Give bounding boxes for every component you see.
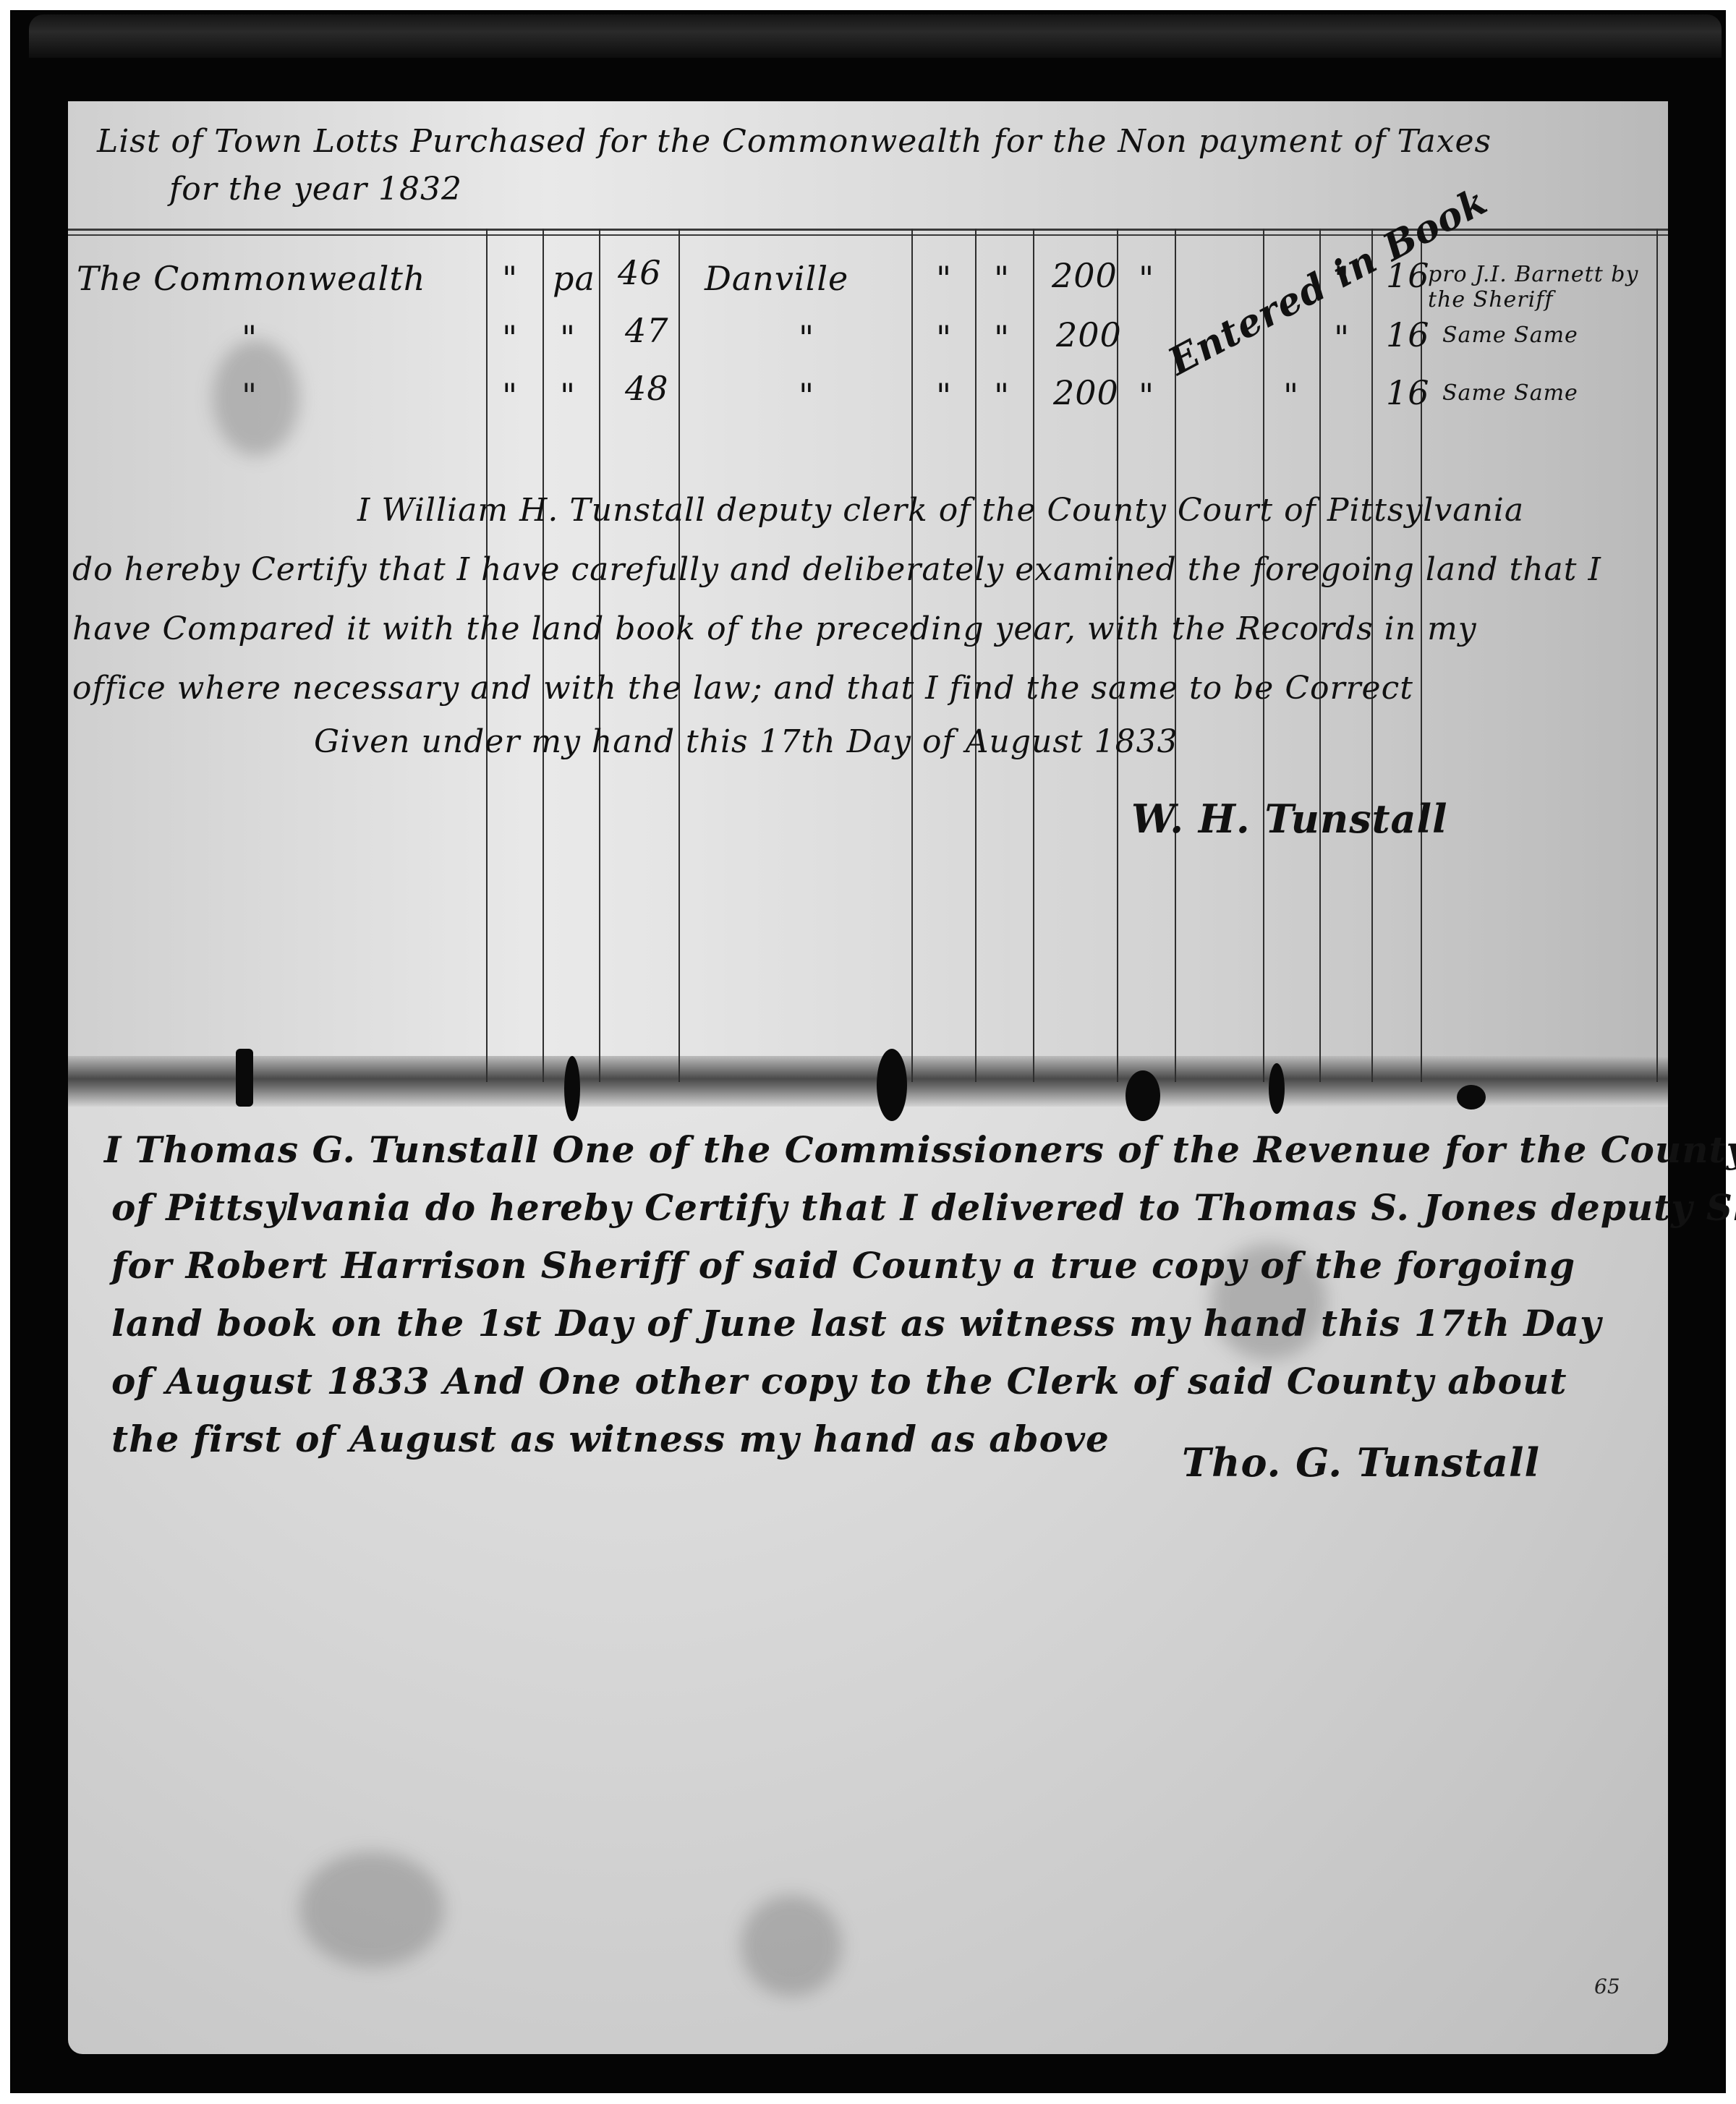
ink-blot — [236, 1049, 253, 1107]
certificate-line: have Compared it with the land book of t… — [72, 610, 1477, 647]
certificate-date-line: Given under my hand this 17th Day of Aug… — [314, 723, 1178, 760]
ledger-page: List of Town Lotts Purchased for the Com… — [68, 101, 1668, 2054]
remark-cell: Same Same — [1442, 323, 1578, 348]
ditto-cell: " — [994, 376, 1010, 415]
tax-cell: 16 — [1386, 373, 1430, 412]
stain — [299, 1852, 444, 1967]
book-binding — [29, 14, 1722, 58]
ink-blot — [1457, 1085, 1486, 1110]
column-rule — [1656, 229, 1658, 1082]
page-fold — [68, 1056, 1668, 1107]
mark-cell: " — [560, 318, 576, 357]
certificate-line: the first of August as witness my hand a… — [111, 1418, 1110, 1460]
column-rule — [542, 229, 544, 1082]
ditto-cell: " — [1139, 259, 1154, 298]
ink-blot — [1126, 1070, 1160, 1121]
ditto-cell: " — [994, 318, 1010, 357]
certificate-line: of August 1833 And One other copy to the… — [111, 1360, 1567, 1402]
column-rule — [1263, 229, 1264, 1082]
column-rule — [599, 229, 600, 1082]
ditto-cell: " — [502, 259, 518, 298]
value-cell: 200 — [1052, 256, 1118, 295]
town-cell: " — [799, 318, 814, 357]
certificate-line: for Robert Harrison Sheriff of said Coun… — [111, 1244, 1575, 1287]
certificate-line: of Pittsylvania do hereby Certify that I… — [111, 1186, 1736, 1229]
ink-blot — [1269, 1063, 1285, 1114]
certificate-line: land book on the 1st Day of June last as… — [111, 1302, 1601, 1345]
clerk-signature: W. H. Tunstall — [1131, 796, 1448, 842]
mark-cell: " — [560, 376, 576, 415]
column-rule — [486, 229, 488, 1082]
certificate-line: office where necessary and with the law;… — [72, 670, 1413, 707]
value-cell: 200 — [1056, 315, 1122, 354]
ditto-cell: " — [936, 376, 952, 415]
lot-cell: 47 — [625, 311, 669, 350]
stain — [741, 1895, 842, 1996]
column-rule — [1319, 229, 1321, 1082]
column-rule — [678, 229, 680, 1082]
ditto-cell: " — [1283, 376, 1299, 415]
ditto-cell: " — [502, 376, 518, 415]
ledger-title: List of Town Lotts Purchased for the Com… — [97, 123, 1492, 160]
town-cell: Danville — [705, 259, 848, 298]
lot-cell: 48 — [625, 369, 669, 408]
remark-cell: Same Same — [1442, 380, 1578, 406]
column-rule — [1421, 229, 1422, 1082]
certificate-line: I Thomas G. Tunstall One of the Commissi… — [104, 1128, 1736, 1171]
column-rule — [1117, 229, 1118, 1082]
value-cell: 200 — [1053, 373, 1119, 412]
mark-cell: pa — [553, 259, 595, 298]
ditto-cell: " — [1139, 376, 1154, 415]
ditto-cell: " — [502, 318, 518, 357]
column-rule — [1033, 229, 1034, 1082]
page-number: 65 — [1594, 1975, 1620, 1998]
stain — [213, 340, 299, 456]
tax-cell: 16 — [1386, 315, 1430, 354]
ditto-cell: " — [936, 259, 952, 298]
certificate-line: I William H. Tunstall deputy clerk of th… — [357, 492, 1524, 529]
ledger-title-year: for the year 1832 — [169, 171, 462, 208]
ditto-cell: " — [936, 318, 952, 357]
owner-cell: The Commonwealth — [77, 259, 425, 298]
remark-cell: pro J.I. Barnett by the Sheriff — [1428, 262, 1652, 312]
certificate-line: do hereby Certify that I have carefully … — [72, 551, 1601, 588]
lot-cell: 46 — [618, 253, 662, 292]
column-rule — [911, 229, 913, 1082]
ditto-cell: " — [994, 259, 1010, 298]
town-cell: " — [799, 376, 814, 415]
column-rule — [975, 229, 977, 1082]
column-rule — [1371, 229, 1373, 1082]
commissioner-signature: Tho. G. Tunstall — [1182, 1439, 1540, 1486]
ditto-cell: " — [1334, 318, 1350, 357]
ink-blot — [564, 1056, 580, 1121]
ink-blot — [877, 1049, 907, 1121]
